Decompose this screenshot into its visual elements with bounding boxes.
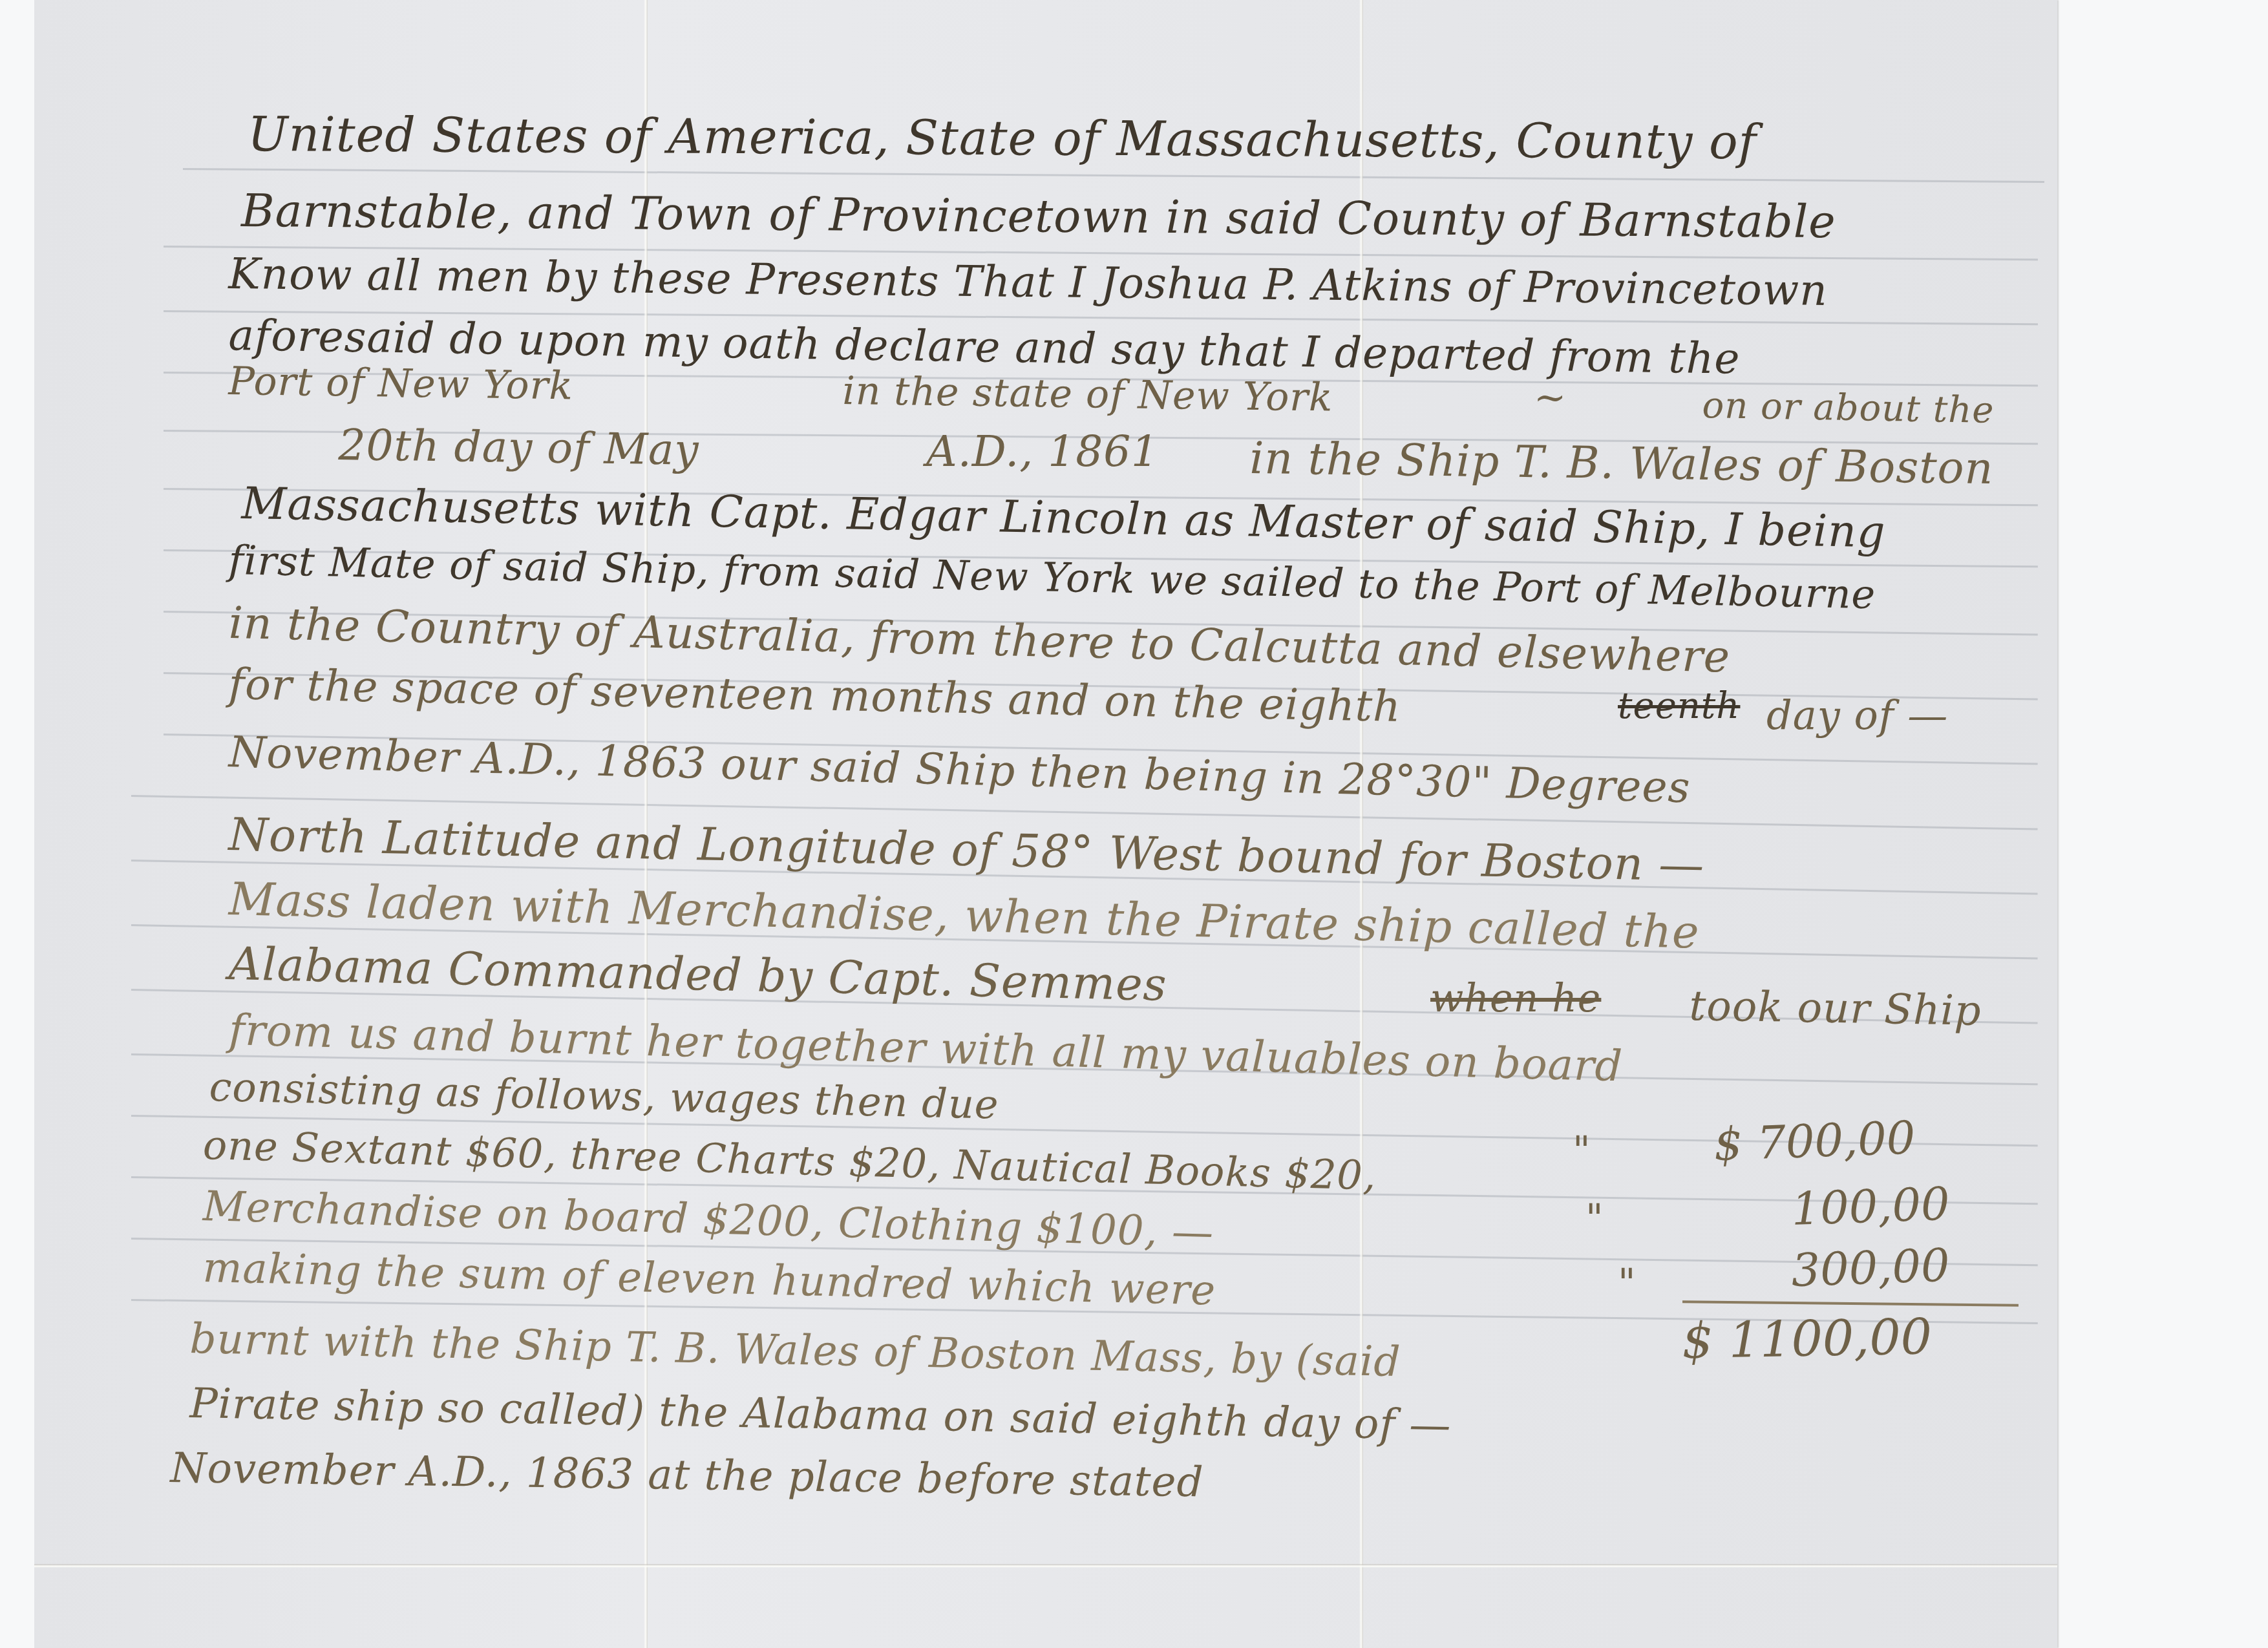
text-line-14a: Alabama Commanded by Capt. Semmes (228, 937, 1167, 1011)
amount-items: 100,00 (1790, 1178, 1951, 1236)
amount-wages: $ 700,00 (1713, 1111, 1916, 1171)
text-line-22: November A.D., 1863 at the place before … (170, 1444, 1204, 1506)
total-underline (1682, 1300, 2019, 1306)
ditto-mark: " (1573, 1128, 1591, 1173)
ruled-line (183, 168, 2044, 183)
text-line-21: Pirate ship so called) the Alabama on sa… (189, 1380, 1452, 1450)
text-line-5b: in the state of New York (842, 368, 1333, 421)
text-line-11: November A.D., 1863 our said Ship then b… (228, 727, 1691, 812)
amount-merch-clothing: 300,00 (1790, 1239, 1951, 1297)
text-line-5d: on or about the (1702, 385, 1995, 432)
text-line-5c: ~ (1534, 375, 1567, 420)
text-line-5a: Port of New York (228, 359, 573, 408)
text-line-1: United States of America, State of Massa… (248, 107, 1757, 170)
struck-text-teenth: teenth (1618, 685, 1740, 727)
ditto-mark: " (1585, 1196, 1604, 1241)
text-line-6b: A.D., 1861 (926, 427, 1159, 476)
struck-text-when-he: when he (1430, 976, 1601, 1021)
horizontal-fold (34, 1564, 2057, 1568)
text-line-2: Barnstable, and Town of Provincetown in … (241, 184, 1836, 248)
text-line-19: making the sum of eleven hundred which w… (202, 1244, 1216, 1315)
document-page: United States of America, State of Massa… (34, 0, 2057, 1648)
text-line-6c: in the Ship T. B. Wales of Boston (1249, 433, 1994, 494)
text-line-10c: day of — (1766, 692, 1948, 739)
text-line-14c: took our Ship (1689, 982, 1982, 1035)
ditto-mark: " (1618, 1260, 1636, 1305)
text-line-6a: 20th day of May (338, 420, 699, 475)
amount-total: $ 1100,00 (1681, 1307, 1932, 1369)
text-line-20: burnt with the Ship T. B. Wales of Bosto… (189, 1315, 1401, 1386)
text-line-3: Know all men by these Presents That I Jo… (228, 249, 1828, 315)
